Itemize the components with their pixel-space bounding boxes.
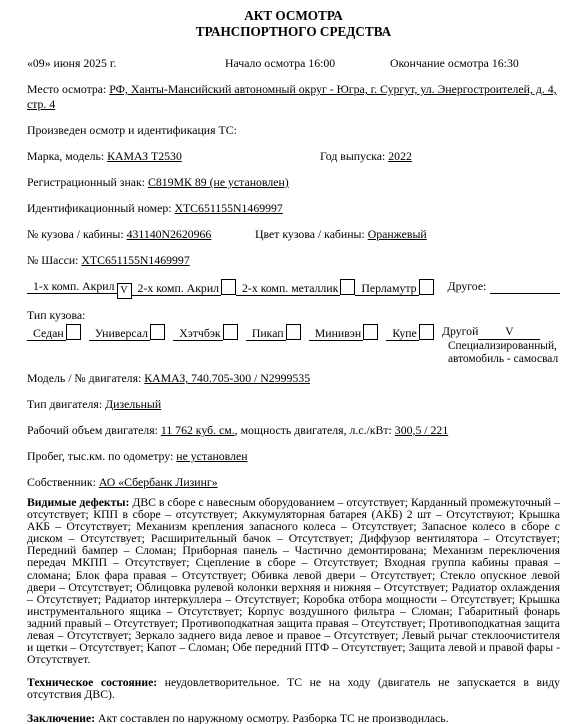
body-other-label: Другой [442,324,478,338]
body-option-sedan: Седан [27,324,81,341]
inspection-date: «09» июня 2025 г. [27,56,225,71]
field-mileage: Пробег, тыс.км. по одометру: не установл… [27,449,560,464]
title-line-2: ТРАНСПОРТНОГО СРЕДСТВА [27,24,560,40]
body-option-label: Универсал [89,326,150,341]
checkbox-body-coupe[interactable] [419,324,434,340]
paint-other-blank-line[interactable] [490,280,560,294]
field-place-label: Место осмотра: [27,82,106,96]
field-engine-type: Тип двигателя: Дизельный [27,397,560,412]
field-engine-model-value: КАМАЗ, 740.705-300 / N2999535 [144,371,310,385]
body-other-note-1: Специализированный, [442,340,560,353]
field-engine-power-label: , мощность двигателя, л.с./кВт: [235,423,392,437]
paint-option-label: 2-х комп. Акрил [132,281,222,296]
field-reg-plate-label: Регистрационный знак: [27,175,145,189]
document-title: АКТ ОСМОТРА ТРАНСПОРТНОГО СРЕДСТВА [27,8,560,40]
body-option-pickup: Пикап [246,324,301,341]
field-year-value: 2022 [388,149,412,163]
paint-other-label: Другое: [448,279,487,294]
checkbox-paint-acrylic-2k[interactable] [221,279,236,295]
body-type-row: Седан Универсал Хэтчбэк Пикап Минивэн Ку… [27,324,560,366]
field-make-value: КАМАЗ Т2530 [107,149,182,163]
conclusion-section: Заключение: Акт составлен по наружному о… [27,713,560,724]
body-option-label: Минивэн [309,326,363,341]
checkbox-body-wagon[interactable] [150,324,165,340]
inspection-start-time: Начало осмотра 16:00 [225,56,390,71]
checkbox-body-sedan[interactable] [66,324,81,340]
body-other-mark[interactable]: V [478,324,540,340]
field-engine-power-value: 300,5 / 221 [395,423,448,437]
field-color-label: Цвет кузова / кабины: [255,227,365,241]
field-owner-value: АО «Сбербанк Лизинг» [99,475,218,489]
field-color-value: Оранжевый [368,227,427,241]
date-row: «09» июня 2025 г. Начало осмотра 16:00 О… [27,56,560,71]
field-make-label: Марка, модель: [27,149,104,163]
condition-section: Техническое состояние: неудовлетворитель… [27,677,560,701]
checkbox-paint-metallic-2k[interactable] [340,279,355,295]
row-bodynum-color: № кузова / кабины: 431140N2620966 Цвет к… [27,227,560,242]
defects-text: ДВС в сборе с навесным оборудованием – о… [27,496,560,666]
paint-option-metallic-2k: 2-х комп. металлик [236,279,355,296]
field-engine-model: Модель / № двигателя: КАМАЗ, 740.705-300… [27,371,560,386]
checkbox-body-hatchback[interactable] [223,324,238,340]
field-color: Цвет кузова / кабины: Оранжевый [255,227,427,242]
checkbox-paint-acrylic-1k[interactable]: V [117,283,132,299]
field-engine-volume-value: 11 762 куб. см. [161,423,235,437]
document-page: АКТ ОСМОТРА ТРАНСПОРТНОГО СРЕДСТВА «09» … [0,0,586,724]
paint-option-acrylic-2k: 2-х комп. Акрил [132,279,237,296]
field-mileage-label: Пробег, тыс.км. по одометру: [27,449,173,463]
field-body-number: № кузова / кабины: 431140N2620966 [27,227,255,242]
defects-section: Видимые дефекты: ДВС в сборе с навесным … [27,497,560,666]
field-engine-type-value: Дизельный [105,397,161,411]
conclusion-label: Заключение: [27,712,95,724]
inspection-end-time: Окончание осмотра 16:30 [390,56,560,71]
field-chassis: № Шасси: XTC651155N1469997 [27,253,560,268]
field-engine-volume: Рабочий объем двигателя: 11 762 куб. см.… [27,423,560,438]
inspected-note: Произведен осмотр и идентификация ТС: [27,123,560,138]
field-engine-volume-label: Рабочий объем двигателя: [27,423,158,437]
checkbox-paint-pearl[interactable] [419,279,434,295]
paint-option-acrylic-1k: 1-х комп. АкрилV [27,279,132,299]
paint-option-label: 1-х комп. Акрил [27,279,117,294]
body-other-note-2: автомобиль - самосвал [442,353,560,366]
defects-label: Видимые дефекты: [27,496,129,509]
field-year-label: Год выпуска: [320,149,385,163]
body-option-coupe: Купе [386,324,433,341]
body-option-label: Седан [27,326,66,341]
field-vin-value: XTC651155N1469997 [174,201,282,215]
field-make: Марка, модель: КАМАЗ Т2530 [27,149,320,164]
field-body-number-value: 431140N2620966 [127,227,212,241]
field-body-number-label: № кузова / кабины: [27,227,124,241]
field-engine-type-label: Тип двигателя: [27,397,102,411]
field-chassis-label: № Шасси: [27,253,78,267]
body-option-other: ДругойV Специализированный, автомобиль -… [442,324,560,366]
body-option-wagon: Универсал [89,324,165,341]
paint-option-label: 2-х комп. металлик [236,281,340,296]
field-reg-plate-value: С819МК 89 (не установлен) [148,175,289,189]
checkbox-body-minivan[interactable] [363,324,378,340]
checkbox-body-pickup[interactable] [286,324,301,340]
body-type-label: Тип кузова: [27,308,560,323]
field-place-value: РФ, Ханты-Мансийский автономный округ - … [27,82,557,111]
field-owner: Собственник: АО «Сбербанк Лизинг» [27,475,560,490]
field-vin-label: Идентификационный номер: [27,201,172,215]
paint-type-row: 1-х комп. АкрилV 2-х комп. Акрил 2-х ком… [27,279,560,299]
body-option-label: Пикап [246,326,286,341]
body-option-minivan: Минивэн [309,324,378,341]
field-chassis-value: XTC651155N1469997 [81,253,189,267]
title-line-1: АКТ ОСМОТРА [27,8,560,24]
field-engine-model-label: Модель / № двигателя: [27,371,141,385]
conclusion-text: Акт составлен по наружному осмотру. Разб… [98,712,449,724]
condition-label: Техническое состояние: [27,676,157,689]
body-option-label: Хэтчбэк [173,326,222,341]
field-vin: Идентификационный номер: XTC651155N14699… [27,201,560,216]
field-year: Год выпуска: 2022 [320,149,412,164]
body-option-hatchback: Хэтчбэк [173,324,237,341]
field-owner-label: Собственник: [27,475,96,489]
field-mileage-value: не установлен [176,449,247,463]
field-place: Место осмотра: РФ, Ханты-Мансийский авто… [27,82,560,112]
row-make-year: Марка, модель: КАМАЗ Т2530 Год выпуска: … [27,149,560,164]
paint-other: Другое: [448,279,560,294]
paint-option-label: Перламутр [355,281,418,296]
body-option-label: Купе [386,326,418,341]
paint-option-pearl: Перламутр [355,279,433,296]
field-reg-plate: Регистрационный знак: С819МК 89 (не уста… [27,175,560,190]
